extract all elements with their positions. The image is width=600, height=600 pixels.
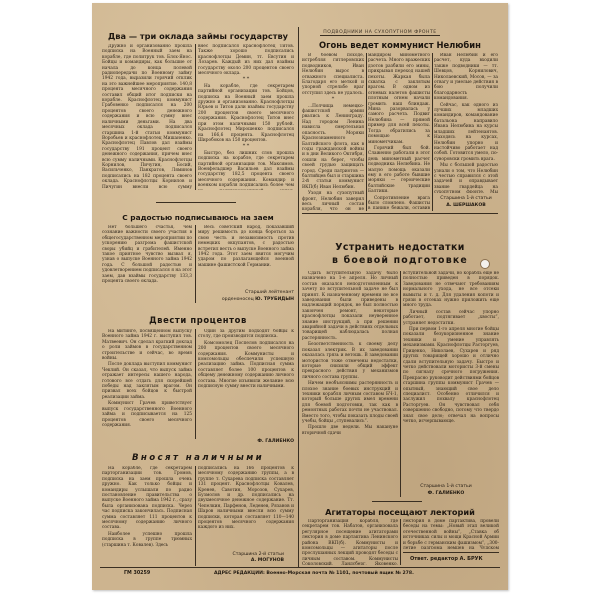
article-title-ustranit-line2: в боевой подготовке: [302, 255, 498, 266]
paragraph: Прошло две недели. Мы накануне вторичной…: [302, 425, 398, 436]
article-title-dva-tri: Два — три оклада займы государству: [100, 31, 296, 41]
article-dvesti-col2: Один за другим подходят бойцы к столу, г…: [198, 329, 294, 441]
paragraph: Дружно и организованно прошла подписка н…: [102, 44, 192, 190]
paragraph: мандиром минометного расчета. Много враж…: [368, 53, 430, 145]
paragraph: подписались на 166 процентов к месячному…: [198, 466, 294, 531]
paragraph: Весь советский народ, показавший миру ре…: [198, 225, 294, 268]
signature-name: Ю. ТРУБИДЫН: [255, 297, 294, 302]
footer-rule: [100, 567, 500, 568]
paragraph: Горячий был бой. Слаженно работали в это…: [368, 146, 430, 195]
article-title-s-radostyu: С радостью подписываюсь на заем: [100, 213, 296, 222]
footer-address: АДРЕС РЕДАКЦИИ: Военно-Морская почта № 1…: [214, 571, 414, 576]
paragraph: Один за другим подходят бойцы к столу, г…: [198, 329, 294, 340]
signature-role: Старший лейтенант: [198, 289, 294, 296]
section-rubric: ПОДВОДНИКИ НА СУХОПУТНОМ ФРОНТЕ: [320, 30, 440, 36]
article-vnosyat-col2: подписались на 166 процентов к месячному…: [198, 466, 294, 550]
newspaper-page: Два — три оклада займы государству Дружн…: [92, 3, 508, 590]
paragraph: На митинге, посвященном выпуску Военного…: [102, 329, 192, 361]
signature-shershakov: Старшина 1-й статьи А. ШЕРШАКОВ: [434, 195, 498, 209]
article-title-dvesti: Двести процентов: [100, 315, 296, 325]
paragraph: Личный состав сейчас упорно работает, по…: [403, 310, 499, 326]
paragraph: Наиболее успешно прошла подписка в групп…: [102, 532, 192, 548]
ornament-stars: * *: [198, 77, 294, 82]
paragraph: лектория в доме партактива, провели бесе…: [403, 519, 499, 549]
article-s-radostyu-col1: Нет большего счастья, чем сознание важно…: [102, 225, 192, 311]
editor-rule: [403, 552, 499, 553]
editor-credit: Ответ. редактор А. БРУК: [410, 556, 483, 562]
paragraph: Ничем необъяснимы растерянность и плохое…: [302, 381, 398, 424]
paragraph: вступительной задачи, но корабль еще не …: [403, 271, 499, 309]
column-rule: [432, 53, 433, 211]
article-ogon-col3: Иван Нелюбин и его расчет, куда входили …: [434, 53, 498, 193]
ornament-stars: * *: [198, 144, 294, 149]
signature-trubidyn: Старший лейтенант орденоносец Ю. ТРУБИДЫ…: [198, 289, 294, 303]
section-divider: [372, 501, 422, 502]
article-title-vnosyat: Вносят наличными: [100, 453, 296, 463]
signature-name: Ф. ГАЛИЕНКО: [257, 439, 294, 444]
paragraph: Мы с большой радостью узнали о том, что …: [434, 163, 498, 193]
signature-name: Ф. ГАЛИЕНКО: [428, 491, 465, 496]
paragraph: При первом 1-го апреля многие бойцы пока…: [403, 327, 499, 424]
footer-code: ГМ 30259: [124, 571, 150, 576]
article-ustranit-col2: вступительной задачи, но корабль еще не …: [403, 271, 499, 477]
section-divider: [156, 202, 236, 203]
article-vnosyat-col1: На корабле, где секретарем парторганизац…: [102, 466, 192, 566]
column-rule: [195, 466, 196, 566]
column-rule: [195, 44, 196, 190]
article-ogon-col1: В боевом походе, истребляя гитлеровских …: [302, 53, 364, 211]
paragraph: Коммунист Грачев приветствует выпуск гос…: [102, 401, 192, 428]
paragraph: Уходя на сухопутный фронт, Нелюбин завер…: [302, 191, 364, 211]
article-title-agitatory: Агитаторы посещают лекторий: [302, 507, 498, 517]
article-title-ogon: Огонь ведет коммунист Нелюбин: [302, 40, 498, 50]
paragraph: Иван Нелюбин и его расчет, куда входили …: [434, 53, 498, 102]
paragraph: внес подписался краснофлотец Титов. Такж…: [198, 44, 294, 76]
paragraph: Сдать вступительную задачу было назначен…: [302, 271, 398, 341]
page-center-rule: [298, 27, 299, 567]
column-rule: [400, 519, 401, 565]
paragraph: Безответственность к своему делу показал…: [302, 342, 398, 380]
article-title-ustranit-line1: Устранить недостатки: [302, 242, 498, 253]
signature-role: Старшина 1-й статьи: [434, 195, 498, 202]
article-dvesti-col1: На митинге, посвященном выпуску Военного…: [102, 329, 192, 447]
signature-galienko-2: Старшина 1-й статьи Ф. ГАЛИЕНКО: [403, 483, 489, 497]
column-rule: [195, 329, 196, 439]
signature-mogunov: Старшина 2-й статьи А. МОГУНОВ: [198, 552, 294, 564]
article-dva-tri-col1: Дружно и организованно прошла подписка н…: [102, 44, 192, 190]
paragraph: Нет большего счастья, чем сознание важно…: [102, 225, 192, 284]
signature-name: А. ШЕРШАКОВ: [446, 203, 485, 208]
paragraph: После доклада выступил коммунист Чеклий.…: [102, 362, 192, 400]
paragraph: Быстро, без лишних слов прошла подписка …: [198, 151, 294, 190]
article-dva-tri-col2: внес подписался краснофлотец Титов. Такж…: [198, 44, 294, 190]
column-rule: [400, 271, 401, 497]
paragraph: На корабле, где секретарем парторганизац…: [102, 466, 192, 531]
paragraph: Парторганизация корабля, где секретарем …: [302, 519, 398, 565]
paragraph: Сопротивление врага было сломлено. Фашис…: [368, 196, 430, 211]
paragraph: В боевом походе, истребляя гитлеровских …: [302, 53, 364, 96]
paragraph: Комсомолец Поспелов подписался на 200 пр…: [198, 341, 294, 390]
paragraph: На корабле, где секретарем партийной орг…: [198, 84, 294, 143]
article-agitatory-col2: лектория в доме партактива, провели бесе…: [403, 519, 499, 549]
article-ogon-col2: мандиром минометного расчета. Много враж…: [368, 53, 430, 211]
ornament-star: *: [302, 97, 364, 102]
column-rule: [195, 225, 196, 303]
section-divider: [302, 213, 498, 214]
paragraph: ...Полчища немецко-фашистской армии рвал…: [302, 104, 364, 191]
signature-galienko-1: Ф. ГАЛИЕНКО: [198, 439, 294, 444]
signature-name: А. МОГУНОВ: [251, 558, 284, 563]
column-rule: [366, 53, 367, 211]
article-ustranit-col1: Сдать вступительную задачу было назначен…: [302, 271, 398, 497]
signature-role: Старшина 1-й статьи: [403, 483, 489, 490]
signature-prefix: орденоносец: [222, 297, 254, 302]
paragraph: Сейчас, как одного из лучших младших ком…: [434, 103, 498, 162]
article-s-radostyu-col2: Весь советский народ, показавший миру ре…: [198, 225, 294, 285]
article-agitatory-col1: Парторганизация корабля, где секретарем …: [302, 519, 398, 565]
